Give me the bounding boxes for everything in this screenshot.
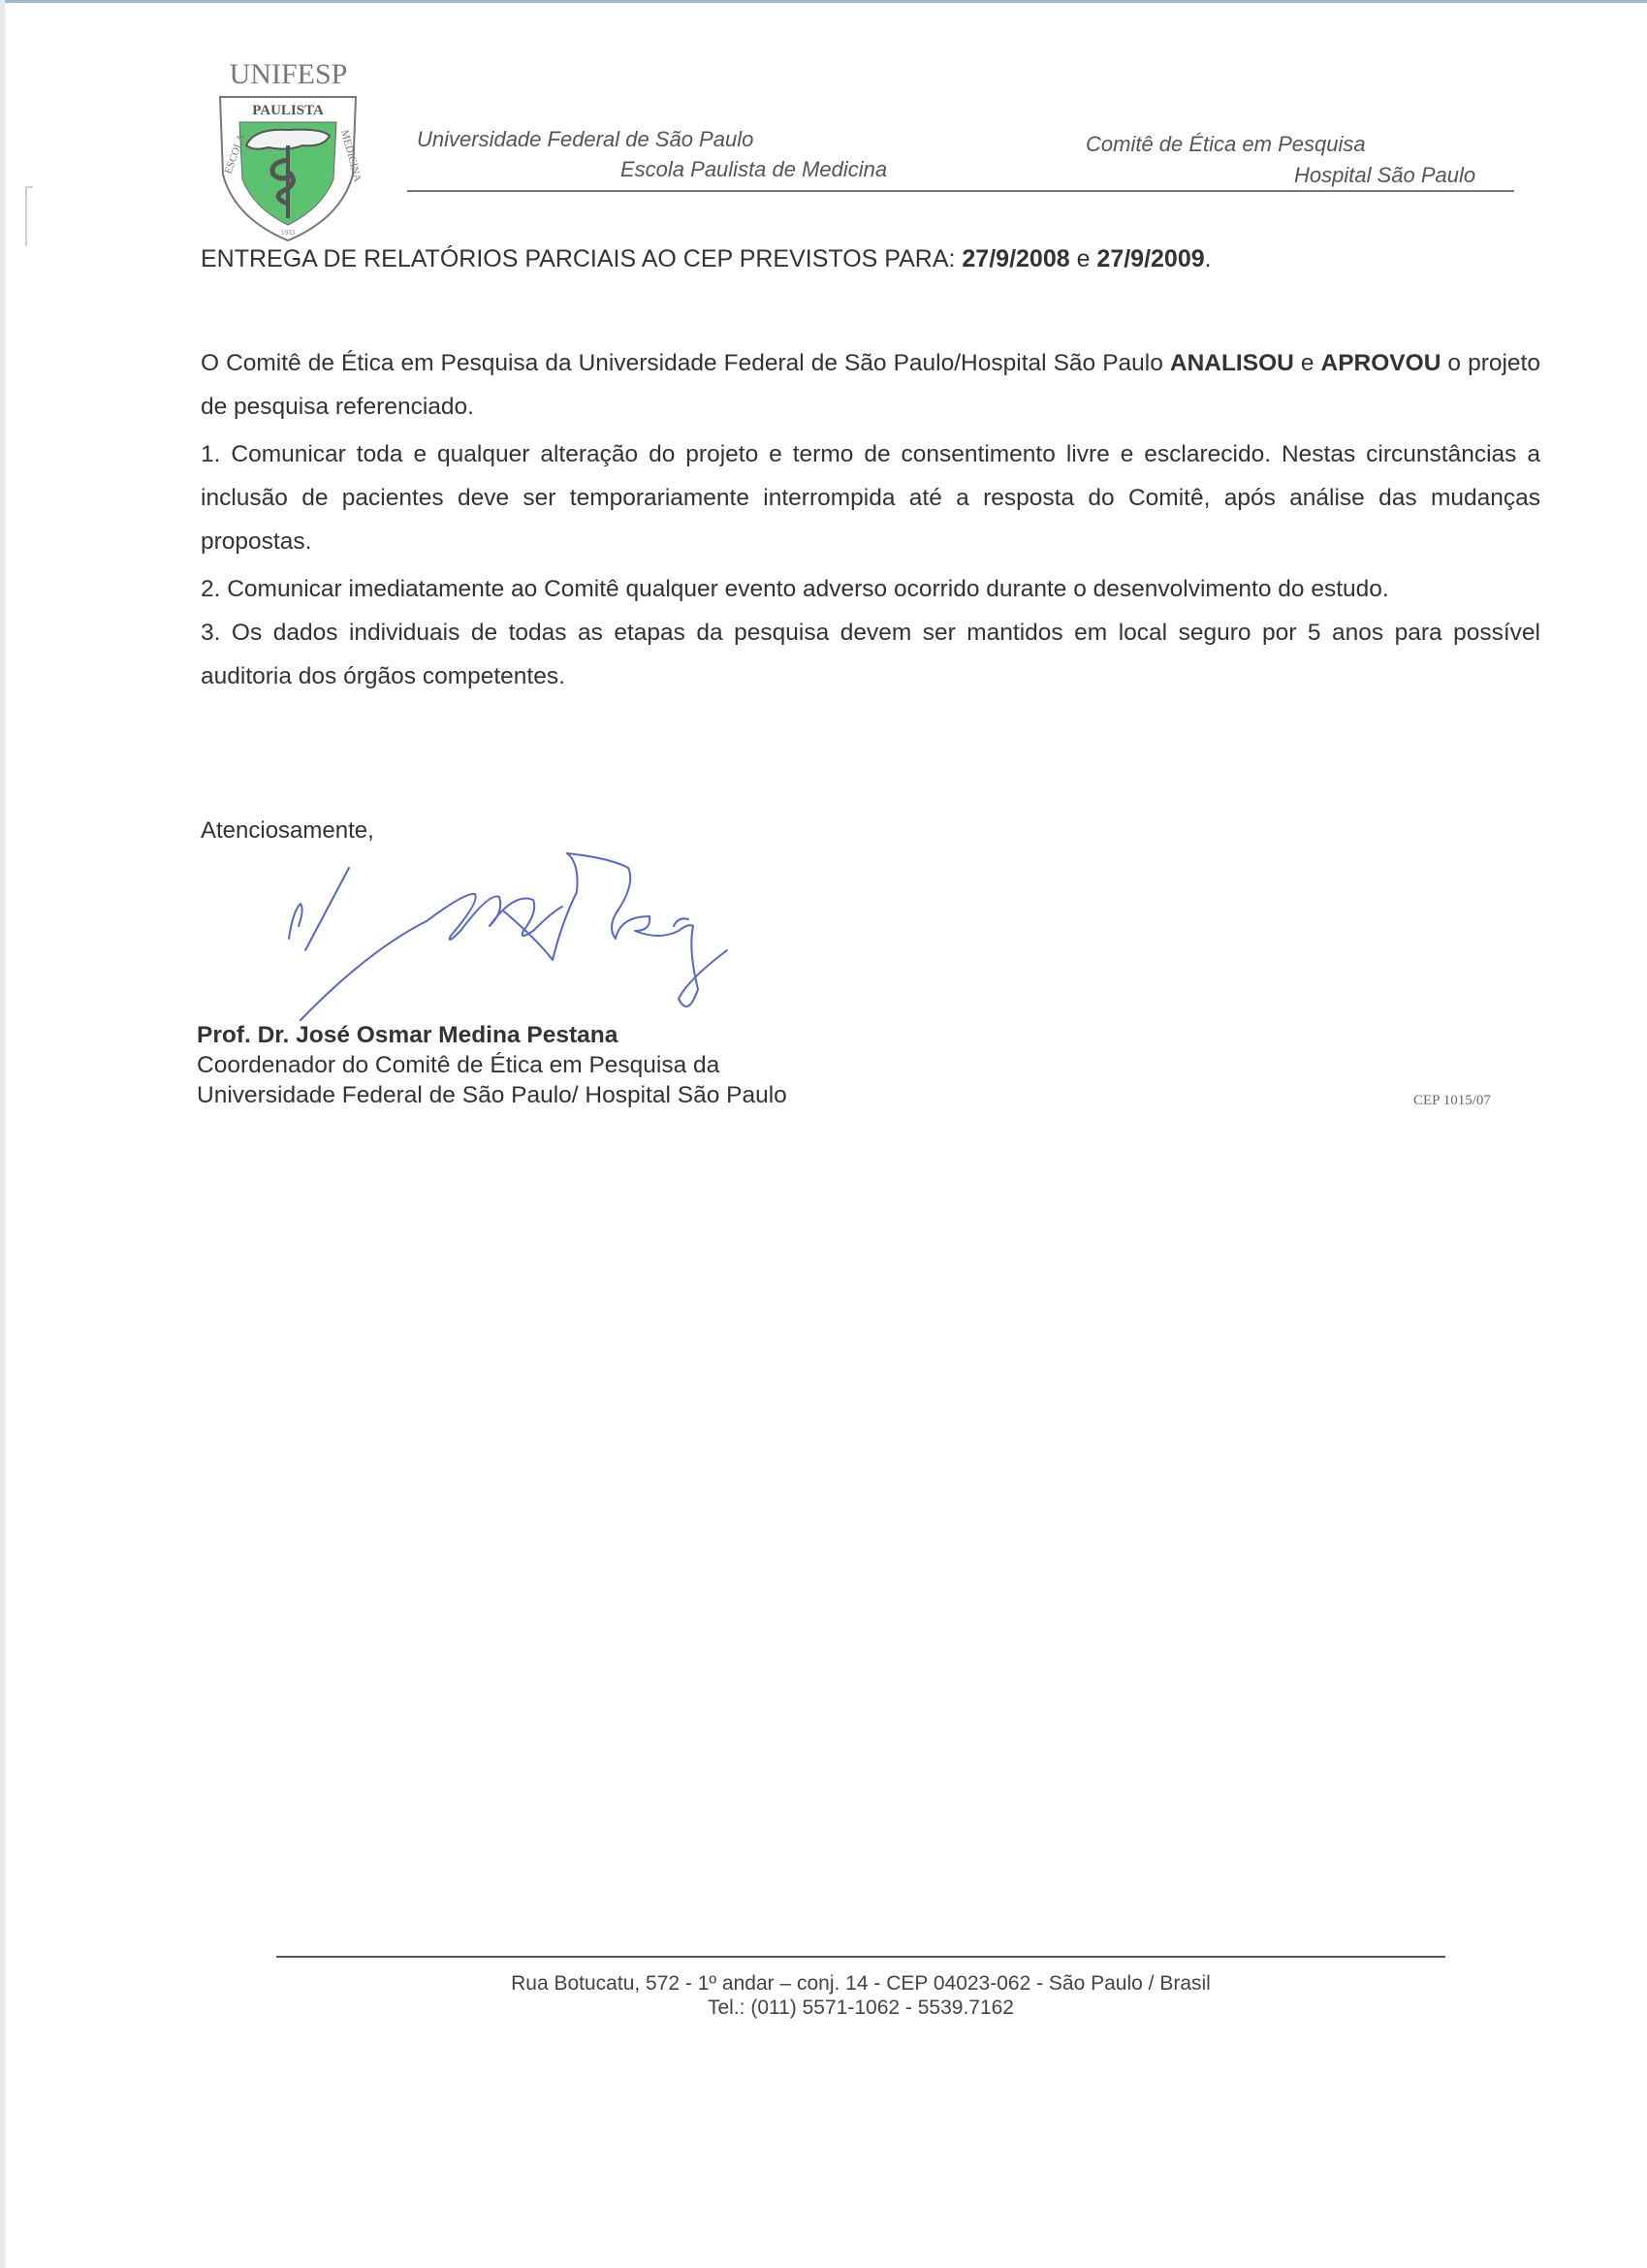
- reference-code: CEP 1015/07: [1413, 1093, 1491, 1109]
- signatory-name: Prof. Dr. José Osmar Medina Pestana: [197, 1020, 787, 1050]
- condition-item-3: 3. Os dados individuais de todas as etap…: [201, 611, 1540, 698]
- header-hospital: Hospital São Paulo: [1294, 163, 1475, 188]
- status-analyzed: ANALISOU: [1170, 350, 1294, 376]
- scan-edge-left: [0, 0, 5, 2268]
- handwritten-signature: [271, 834, 776, 1028]
- header-committee: Comitê de Ética em Pesquisa: [1086, 132, 1366, 157]
- approval-paragraph: O Comitê de Ética em Pesquisa da Univers…: [201, 341, 1540, 429]
- deadline-date-1: 27/9/2008: [962, 245, 1069, 272]
- report-deadline-title: ENTREGA DE RELATÓRIOS PARCIAIS AO CEP PR…: [201, 245, 1212, 273]
- status-approved: APROVOU: [1321, 350, 1441, 376]
- deadline-date-2: 27/9/2009: [1096, 245, 1204, 272]
- footer-divider: [276, 1956, 1445, 1958]
- header-school: Escola Paulista de Medicina: [620, 157, 887, 182]
- header-divider: [407, 190, 1514, 192]
- svg-text:1933: 1933: [281, 229, 296, 237]
- condition-item-2: 2. Comunicar imediatamente ao Comitê qua…: [201, 567, 1540, 611]
- signatory-block: Prof. Dr. José Osmar Medina Pestana Coor…: [197, 1020, 787, 1110]
- signatory-role-line-2: Universidade Federal de São Paulo/ Hospi…: [197, 1080, 787, 1110]
- letter-body: O Comitê de Ética em Pesquisa da Univers…: [201, 341, 1540, 698]
- scan-edge-top: [0, 0, 1647, 3]
- shield-emblem-icon: PAULISTA ESCOLA MEDICINA 1933: [215, 58, 361, 242]
- condition-item-1: 1. Comunicar toda e qualquer alteração d…: [201, 432, 1540, 563]
- title-connector: e: [1070, 245, 1097, 272]
- header-university: Universidade Federal de São Paulo: [417, 127, 753, 152]
- footer-address: Rua Botucatu, 572 - 1º andar – conj. 14 …: [276, 1971, 1445, 1996]
- unifesp-logo: UNIFESP PAULISTA ESCOLA MEDICINA 1933: [215, 58, 361, 242]
- scan-artifact: [25, 186, 33, 246]
- footer: Rua Botucatu, 572 - 1º andar – conj. 14 …: [276, 1971, 1445, 2020]
- title-prefix: ENTREGA DE RELATÓRIOS PARCIAIS AO CEP PR…: [201, 245, 962, 272]
- svg-text:PAULISTA: PAULISTA: [252, 103, 324, 118]
- signatory-role-line-1: Coordenador do Comitê de Ética em Pesqui…: [197, 1050, 787, 1080]
- footer-phone: Tel.: (011) 5571-1062 - 5539.7162: [276, 1996, 1445, 2020]
- title-suffix: .: [1205, 245, 1212, 272]
